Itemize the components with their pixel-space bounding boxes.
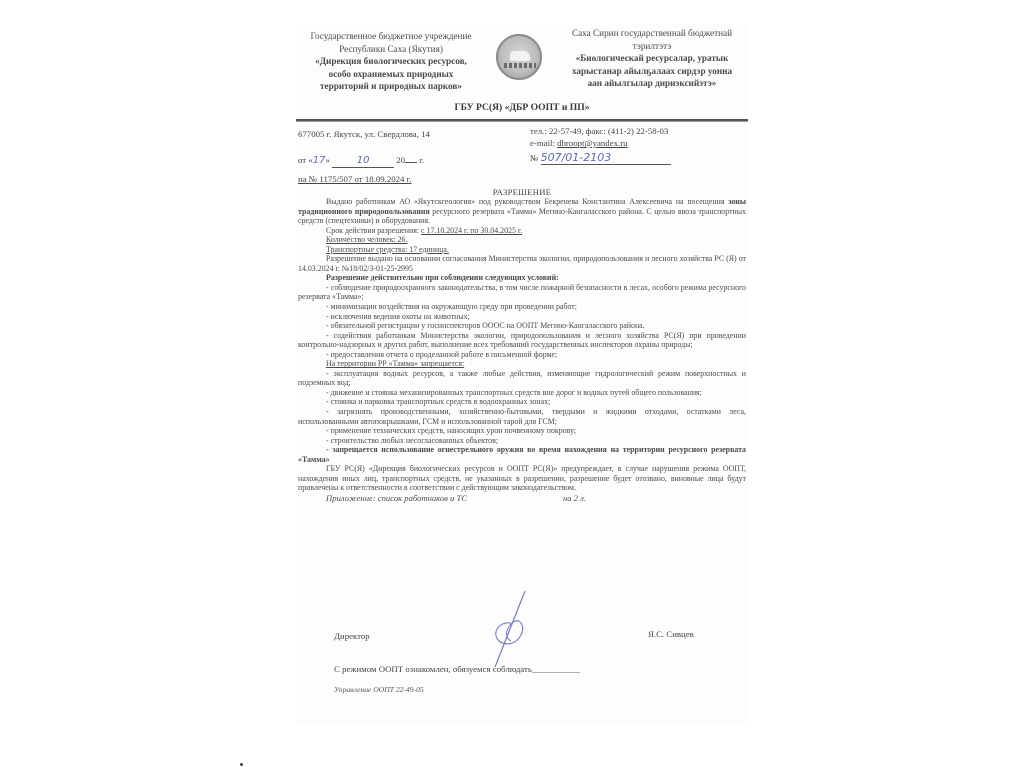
condition-item: - обязательной регистрации у госинспекто… xyxy=(298,321,746,331)
appendix-label: Приложение: список работников и ТС xyxy=(326,494,467,504)
appendix-pages: на 2 л. xyxy=(563,494,586,504)
people-count: Количество человек: 26. xyxy=(298,235,746,245)
emblem-waves xyxy=(504,63,536,68)
email-link[interactable]: dbroopt@yandex.ru xyxy=(557,138,627,148)
header-right-line: Саха Сирин государственнай бюджетнай xyxy=(554,27,750,40)
director-name: Я.С. Сивцев xyxy=(648,629,694,639)
header-left-line: особо охраняемых природных xyxy=(296,68,486,81)
number-label: № xyxy=(530,153,538,163)
date-year-blank xyxy=(405,162,417,163)
condition-item: - соблюдение природоохранного законодате… xyxy=(298,283,746,302)
acknowledgement-line: С режимом ООПТ ознакомлен, обязуемся соб… xyxy=(334,664,580,674)
validity-value: с 17.10.2024 г. по 30.04.2025 г. xyxy=(421,226,522,235)
reference-line: на № 1175/507 от 18.09.2024 г. xyxy=(298,173,411,185)
date-prefix: от « xyxy=(298,155,313,165)
condition-item: - минимизации воздействия на окружающую … xyxy=(298,302,746,312)
date-month-field: 10 xyxy=(332,154,394,168)
appendix-line: Приложение: список работников и ТС на 2 … xyxy=(326,494,586,504)
header-left-line: Республики Саха (Якутия) xyxy=(296,43,486,56)
prohibited-item: - движение и стоянка механизированных тр… xyxy=(298,388,746,398)
org-phone: тел.: 22-57-49, факс: (411-2) 22-58-03 xyxy=(530,125,668,137)
header-right-line: «Биологическай ресурсалар, уратык xyxy=(554,52,750,65)
header-left-line: Государственное бюджетное учреждение xyxy=(296,30,486,43)
org-email-row: e-mail: dbroopt@yandex.ru xyxy=(530,137,668,149)
number-value: 507/01-2103 xyxy=(541,151,612,164)
prohibited-item: - строительство любых несогласованных об… xyxy=(298,436,746,446)
prohibited-item: - стоянка и парковка транспортных средст… xyxy=(298,397,746,407)
prohibited-item: - применение технических средств, нанося… xyxy=(298,426,746,436)
scan-speck xyxy=(240,763,243,766)
prohibited-title: На территории РР «Тамма» запрещается: xyxy=(298,359,746,369)
header-org-yakut: Саха Сирин государственнай бюджетнай тэр… xyxy=(554,27,750,90)
email-label: e-mail: xyxy=(530,138,555,148)
document-title: РАЗРЕШЕНИЕ xyxy=(296,187,748,197)
org-address: 677005 г. Якутск, ул. Свердлова, 14 xyxy=(298,128,430,140)
intro-text: Выдано работникам АО «Якутскгеология» по… xyxy=(326,197,728,206)
document-body: Выдано работникам АО «Якутскгеология» по… xyxy=(298,197,746,504)
condition-item: - содействия работникам Министерства эко… xyxy=(298,331,746,350)
header-org-russian: Государственное бюджетное учреждение Рес… xyxy=(296,30,486,93)
weapons-prohibition: - запрещается использование огнестрельно… xyxy=(298,445,746,464)
condition-item: - исключения ведения охоты на животных; xyxy=(298,312,746,322)
republic-emblem-icon xyxy=(496,34,542,80)
prohibited-item: - загрязнять производственными, хозяйств… xyxy=(298,407,746,426)
basis-paragraph: Разрешение выдано на основании согласова… xyxy=(298,254,746,273)
conditions-title: Разрешение действительно при соблюдении … xyxy=(298,273,746,283)
emblem-animal xyxy=(510,51,530,61)
document-number: № 507/01-2103 xyxy=(530,152,671,165)
date-month: 10 xyxy=(357,155,370,166)
warning-paragraph: ГБУ РС(Я) «Дирекция биологических ресурс… xyxy=(298,464,746,493)
intro-paragraph: Выдано работникам АО «Якутскгеология» по… xyxy=(298,197,746,226)
header-left-line: территорий и природных парков» xyxy=(296,80,486,93)
org-short-name: ГБУ РС(Я) «ДБР ООПТ и ПП» xyxy=(296,102,748,113)
date-day: 17 xyxy=(313,155,326,166)
validity-line: Срок действия разрешения: с 17.10.2024 г… xyxy=(298,226,746,236)
validity-label: Срок действия разрешения: xyxy=(326,226,421,235)
date-year-prefix: 20 xyxy=(396,155,405,165)
signature-icon xyxy=(481,589,541,669)
date-mid: » xyxy=(325,155,329,165)
date-suffix: г. xyxy=(419,155,424,165)
director-label: Директор xyxy=(334,631,370,641)
header-right-line: аан айылгылар дириэксийэтэ» xyxy=(554,77,750,90)
header-right-line: харыстанар айылҕалаах сирдэр уонна xyxy=(554,65,750,78)
document-date: от «17» 10 20 г. xyxy=(298,154,424,168)
permit-document-page: Государственное бюджетное учреждение Рес… xyxy=(296,24,748,724)
header-left-line: «Дирекция биологических ресурсов, xyxy=(296,55,486,68)
prohibited-item: - эксплуатация водных ресурсов, а также … xyxy=(298,369,746,388)
management-contact: Управление ООПТ 22-49-05 xyxy=(334,685,424,694)
org-contacts: тел.: 22-57-49, факс: (411-2) 22-58-03 e… xyxy=(530,125,668,149)
number-field: 507/01-2103 xyxy=(541,152,671,165)
vehicle-count: Транспортные средства: 17 единица. xyxy=(298,245,746,255)
header-right-line: тэрилтэтэ xyxy=(554,40,750,53)
header-divider xyxy=(296,119,748,121)
condition-item: - предоставления отчета о проделанной ра… xyxy=(298,350,746,360)
